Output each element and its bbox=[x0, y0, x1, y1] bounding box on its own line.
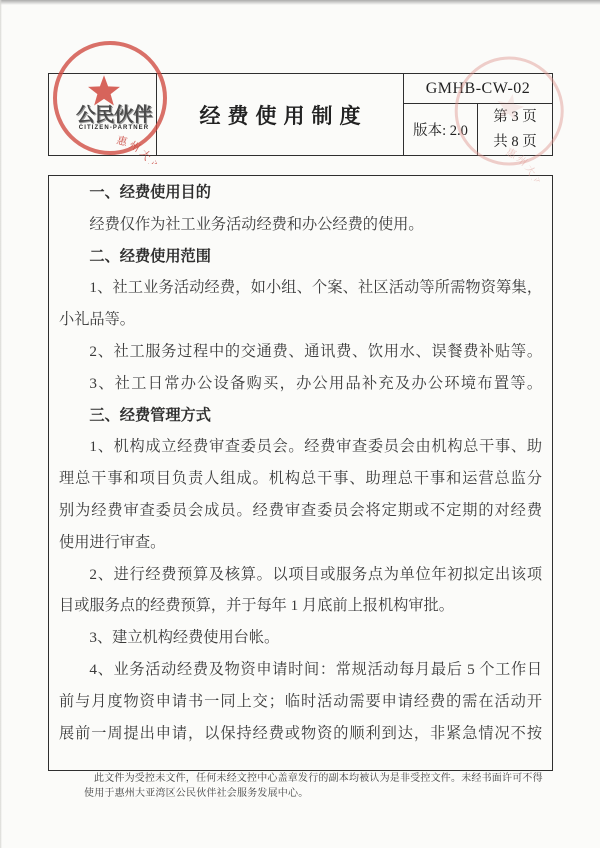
body-line: 展前一周提出申请，以保持经费或物资的顺利到达，非紧急情况不按 bbox=[59, 718, 542, 750]
body-line: 理总干事和项目负责人组成。机构总干事、助理总干事和运营总监分 bbox=[59, 463, 542, 495]
scan-edge-artifact bbox=[0, 0, 600, 5]
star-icon bbox=[88, 75, 120, 105]
body-line: 3、社工日常办公设备购买，办公用品补充及办公环境布置等。 bbox=[59, 368, 542, 400]
star-icon bbox=[494, 91, 526, 122]
body-line: 一、经费使用目的 bbox=[59, 177, 542, 209]
page: { "header": { "logo": { "wordmark": "公民伙… bbox=[0, 0, 600, 848]
body-line: 2、社工服务过程中的交通费、通讯费、饮用水、误餐费补贴等。 bbox=[59, 336, 542, 368]
body-line: 使用进行审查。 bbox=[59, 527, 542, 559]
scan-edge-artifact bbox=[0, 0, 2, 848]
faint-seal-icon: 惠州大亚湾区公民伙伴社会服务发展中心 bbox=[436, 39, 581, 186]
body-line: 别为经费审查委员会成员。经费审查委员会将定期或不定期的对经费 bbox=[59, 495, 542, 527]
logo-cell: 公民伙伴 CITIZEN-PARTNER 惠州大亚湾区公民伙伴社会服务发展中心 bbox=[49, 74, 157, 155]
body-line: 目或服务点的经费预算，并于每年 1 月底前上报机构审批。 bbox=[59, 590, 542, 622]
organization-seal-icon: 惠州大亚湾区公民伙伴社会服务发展中心 bbox=[45, 34, 177, 164]
title-cell: 经费使用制度 bbox=[157, 74, 404, 155]
document-body: 一、经费使用目的经费仅作为社工业务活动经费和办公经费的使用。二、经费使用范围1、… bbox=[48, 175, 553, 771]
body-line: 三、经费管理方式 bbox=[59, 400, 542, 432]
body-line: 3、建立机构经费使用台帐。 bbox=[59, 622, 542, 654]
control-notice-line: 使用于惠州大亚湾区公民伙伴社会服务发展中心。 bbox=[84, 787, 543, 802]
control-notice: 此文件为受控未文件，任何未经文控中心盖章发行的副本均被认为是非受控文件。未经书面… bbox=[84, 772, 543, 801]
body-line: 经费仅作为社工业务活动经费和办公经费的使用。 bbox=[59, 209, 542, 241]
body-line: 1、社工业务活动经费，如小组、个案、社区活动等所需物资筹集， bbox=[59, 272, 542, 304]
body-line: 4、业务活动经费及物资申请时间：常规活动每月最后 5 个工作日 bbox=[59, 654, 542, 686]
body-line: 二、经费使用范围 bbox=[59, 241, 542, 273]
body-line: 前与月度物资申请书一同上交；临时活动需要申请经费的需在活动开 bbox=[59, 686, 542, 718]
body-line: 2、进行经费预算及核算。以项目或服务点为单位年初拟定出该项 bbox=[59, 559, 542, 591]
document-title: 经费使用制度 bbox=[193, 100, 368, 130]
body-line: 小礼品等。 bbox=[59, 304, 542, 336]
body-line: 1、机构成立经费审查委员会。经费审查委员会由机构总干事、助 bbox=[59, 431, 542, 463]
control-notice-line: 此文件为受控未文件，任何未经文控中心盖章发行的副本均被认为是非受控文件。未经书面… bbox=[84, 772, 543, 787]
